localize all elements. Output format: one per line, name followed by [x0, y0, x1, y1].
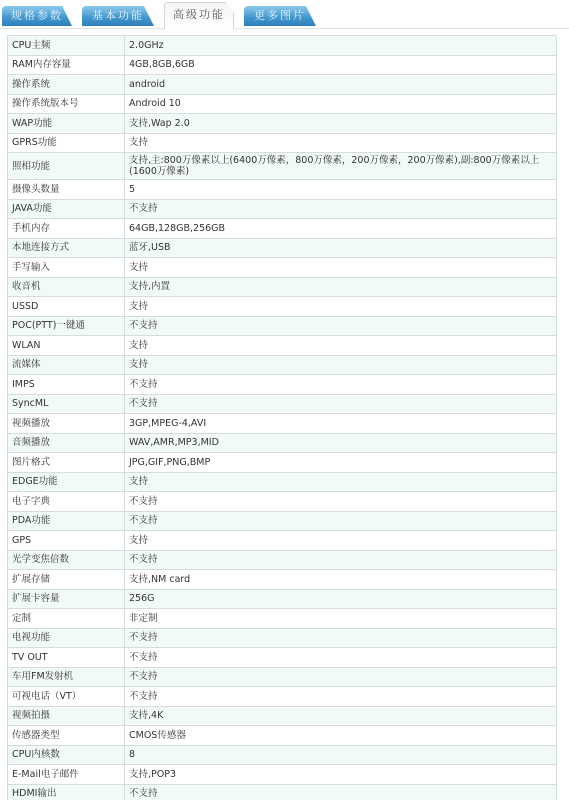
table-row: RAM内存容量4GB,8GB,6GB	[8, 55, 557, 75]
spec-value: 不支持	[125, 394, 557, 414]
spec-value: 支持	[125, 531, 557, 551]
table-row: 光学变焦倍数不支持	[8, 550, 557, 570]
spec-value: 支持,内置	[125, 277, 557, 297]
spec-value: 支持,NM card	[125, 570, 557, 590]
spec-label: 视频播放	[8, 414, 125, 434]
spec-value: 支持	[125, 258, 557, 278]
spec-value: 蓝牙,USB	[125, 238, 557, 258]
spec-label: 电视功能	[8, 628, 125, 648]
table-row: 音频播放WAV,AMR,MP3,MID	[8, 433, 557, 453]
spec-label: 收音机	[8, 277, 125, 297]
spec-value: 不支持	[125, 628, 557, 648]
spec-value: JPG,GIF,PNG,BMP	[125, 453, 557, 473]
table-row: IMPS不支持	[8, 375, 557, 395]
spec-value: 支持	[125, 355, 557, 375]
spec-label: 手写输入	[8, 258, 125, 278]
table-row: TV OUT不支持	[8, 648, 557, 668]
table-row: 手写输入支持	[8, 258, 557, 278]
spec-table: CPU主频2.0GHzRAM内存容量4GB,8GB,6GB操作系统android…	[7, 35, 557, 800]
table-row: 摄像头数量5	[8, 180, 557, 200]
spec-value: 支持	[125, 472, 557, 492]
spec-label: 本地连接方式	[8, 238, 125, 258]
table-row: JAVA功能不支持	[8, 199, 557, 219]
table-row: E-Mail电子邮件支持,POP3	[8, 765, 557, 785]
table-row: 手机内存64GB,128GB,256GB	[8, 219, 557, 239]
spec-value: 4GB,8GB,6GB	[125, 55, 557, 75]
spec-label: 照相功能	[8, 153, 125, 180]
spec-label: 电子字典	[8, 492, 125, 512]
spec-value: 非定制	[125, 609, 557, 629]
spec-value: 不支持	[125, 511, 557, 531]
spec-label: EDGE功能	[8, 472, 125, 492]
spec-label: 车用FM发射机	[8, 667, 125, 687]
spec-value: WAV,AMR,MP3,MID	[125, 433, 557, 453]
table-row: GPRS功能支持	[8, 133, 557, 153]
table-row: WAP功能支持,Wap 2.0	[8, 114, 557, 134]
table-row: 操作系统版本号Android 10	[8, 94, 557, 114]
spec-label: GPRS功能	[8, 133, 125, 153]
spec-label: 可视电话（VT）	[8, 687, 125, 707]
spec-value: 8	[125, 745, 557, 765]
table-row: 传感器类型CMOS传感器	[8, 726, 557, 746]
spec-value: 256G	[125, 589, 557, 609]
table-row: CPU内核数8	[8, 745, 557, 765]
spec-table-body: CPU主频2.0GHzRAM内存容量4GB,8GB,6GB操作系统android…	[8, 36, 557, 800]
spec-label: 图片格式	[8, 453, 125, 473]
spec-label: 流媒体	[8, 355, 125, 375]
spec-value: 支持	[125, 133, 557, 153]
spec-value: android	[125, 75, 557, 95]
table-row: EDGE功能支持	[8, 472, 557, 492]
spec-value: 支持,POP3	[125, 765, 557, 785]
spec-label: 音频播放	[8, 433, 125, 453]
table-row: CPU主频2.0GHz	[8, 36, 557, 56]
table-row: PDA功能不支持	[8, 511, 557, 531]
spec-value: 支持,Wap 2.0	[125, 114, 557, 134]
table-row: 收音机支持,内置	[8, 277, 557, 297]
table-row: SyncML不支持	[8, 394, 557, 414]
spec-label: GPS	[8, 531, 125, 551]
table-row: WLAN支持	[8, 336, 557, 356]
spec-value: 支持	[125, 297, 557, 317]
table-row: 车用FM发射机不支持	[8, 667, 557, 687]
spec-value: CMOS传感器	[125, 726, 557, 746]
table-row: 视频播放3GP,MPEG-4,AVI	[8, 414, 557, 434]
table-row: 图片格式JPG,GIF,PNG,BMP	[8, 453, 557, 473]
table-row: POC(PTT)一键通不支持	[8, 316, 557, 336]
table-row: 电视功能不支持	[8, 628, 557, 648]
tab-advanced-features[interactable]: 高级功能	[164, 2, 234, 29]
spec-label: WLAN	[8, 336, 125, 356]
table-row: 本地连接方式蓝牙,USB	[8, 238, 557, 258]
tab-specs[interactable]: 规格参数	[2, 6, 72, 26]
table-row: USSD支持	[8, 297, 557, 317]
spec-label: 操作系统	[8, 75, 125, 95]
spec-label: POC(PTT)一键通	[8, 316, 125, 336]
spec-value: 64GB,128GB,256GB	[125, 219, 557, 239]
spec-label: 手机内存	[8, 219, 125, 239]
spec-value: 不支持	[125, 492, 557, 512]
spec-label: 扩展存储	[8, 570, 125, 590]
spec-label: 扩展卡容量	[8, 589, 125, 609]
table-row: GPS支持	[8, 531, 557, 551]
spec-value: 2.0GHz	[125, 36, 557, 56]
tab-bar: 规格参数 基本功能 高级功能 更多图片	[0, 0, 569, 29]
spec-label: TV OUT	[8, 648, 125, 668]
spec-label: 传感器类型	[8, 726, 125, 746]
spec-value: 不支持	[125, 687, 557, 707]
table-row: 扩展卡容量256G	[8, 589, 557, 609]
spec-label: USSD	[8, 297, 125, 317]
tab-basic-features[interactable]: 基本功能	[82, 6, 154, 26]
spec-value: 不支持	[125, 667, 557, 687]
spec-value: 3GP,MPEG-4,AVI	[125, 414, 557, 434]
table-row: 流媒体支持	[8, 355, 557, 375]
spec-label: 光学变焦倍数	[8, 550, 125, 570]
spec-label: 操作系统版本号	[8, 94, 125, 114]
spec-label: 定制	[8, 609, 125, 629]
spec-value: 不支持	[125, 375, 557, 395]
spec-label: 摄像头数量	[8, 180, 125, 200]
spec-value: 5	[125, 180, 557, 200]
spec-value: Android 10	[125, 94, 557, 114]
table-row: 操作系统android	[8, 75, 557, 95]
spec-label: E-Mail电子邮件	[8, 765, 125, 785]
spec-label: RAM内存容量	[8, 55, 125, 75]
spec-label: 视频拍摄	[8, 706, 125, 726]
spec-label: CPU内核数	[8, 745, 125, 765]
spec-value: 不支持	[125, 199, 557, 219]
table-row: 定制非定制	[8, 609, 557, 629]
table-row: 可视电话（VT）不支持	[8, 687, 557, 707]
spec-value: 支持,主:800万像素以上(6400万像素，800万像素，200万像素，200万…	[125, 153, 557, 180]
table-row: 扩展存储支持,NM card	[8, 570, 557, 590]
spec-value: 支持,4K	[125, 706, 557, 726]
spec-value: 不支持	[125, 550, 557, 570]
spec-label: IMPS	[8, 375, 125, 395]
spec-label: JAVA功能	[8, 199, 125, 219]
spec-label: HDMI输出	[8, 784, 125, 800]
tab-more-images[interactable]: 更多图片	[244, 6, 316, 26]
table-row: 视频拍摄支持,4K	[8, 706, 557, 726]
table-row: HDMI输出不支持	[8, 784, 557, 800]
table-row: 照相功能支持,主:800万像素以上(6400万像素，800万像素，200万像素，…	[8, 153, 557, 180]
spec-label: WAP功能	[8, 114, 125, 134]
table-row: 电子字典不支持	[8, 492, 557, 512]
spec-value: 不支持	[125, 648, 557, 668]
spec-value: 支持	[125, 336, 557, 356]
spec-value: 不支持	[125, 784, 557, 800]
spec-label: SyncML	[8, 394, 125, 414]
spec-label: CPU主频	[8, 36, 125, 56]
spec-value: 不支持	[125, 316, 557, 336]
spec-label: PDA功能	[8, 511, 125, 531]
